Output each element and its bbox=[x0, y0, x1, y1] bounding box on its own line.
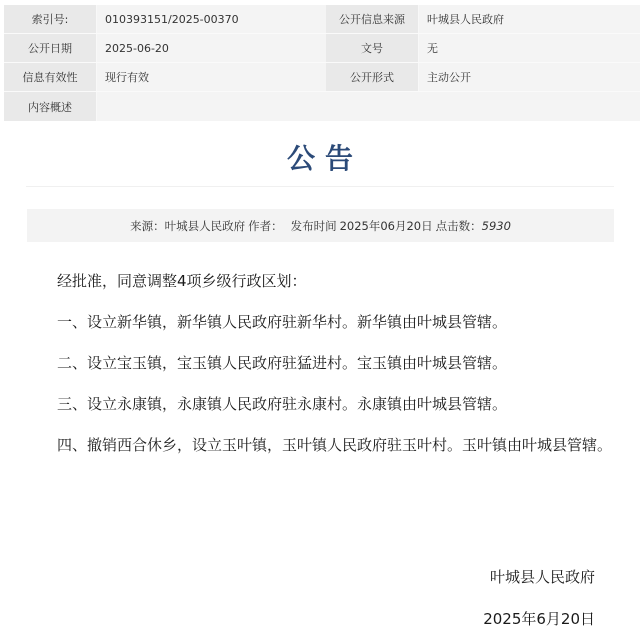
publish-time-value: 2025年06月20日 bbox=[340, 218, 433, 234]
info-source-value: 叶城县人民政府 bbox=[419, 5, 640, 33]
paragraph-intro: 经批准，同意调整4项乡级行政区划： bbox=[25, 270, 620, 292]
publish-date-label: 公开日期 bbox=[4, 34, 97, 62]
signature-date: 2025年6月20日 bbox=[483, 608, 595, 629]
publish-time-label: 发布时间 bbox=[291, 218, 337, 234]
meta-row-summary: 内容概述 bbox=[4, 92, 640, 121]
meta-row: 信息有效性 现行有效 公开形式 主动公开 bbox=[4, 63, 640, 92]
summary-value bbox=[97, 92, 640, 121]
index-number-label: 索引号: bbox=[4, 5, 97, 33]
validity-label: 信息有效性 bbox=[4, 63, 97, 91]
document-number-value: 无 bbox=[419, 34, 640, 62]
article-body: 经批准，同意调整4项乡级行政区划： 一、设立新华镇，新华镇人民政府驻新华村。新华… bbox=[25, 270, 620, 475]
index-number-value: 010393151/2025-00370 bbox=[97, 5, 322, 33]
page: 索引号: 010393151/2025-00370 公开信息来源 叶城县人民政府… bbox=[0, 0, 640, 636]
click-count-label: 点击数： bbox=[436, 218, 482, 234]
document-number-label: 文号 bbox=[326, 34, 419, 62]
article-title: 公告 bbox=[0, 137, 640, 177]
click-count-value: 5930 bbox=[482, 219, 511, 233]
disclosure-form-value: 主动公开 bbox=[419, 63, 640, 91]
meta-row: 公开日期 2025-06-20 文号 无 bbox=[4, 34, 640, 63]
meta-row: 索引号: 010393151/2025-00370 公开信息来源 叶城县人民政府 bbox=[4, 5, 640, 34]
paragraph-item-2: 二、设立宝玉镇，宝玉镇人民政府驻猛进村。宝玉镇由叶城县管辖。 bbox=[25, 352, 620, 374]
disclosure-form-label: 公开形式 bbox=[326, 63, 419, 91]
paragraph-item-1: 一、设立新华镇，新华镇人民政府驻新华村。新华镇由叶城县管辖。 bbox=[25, 311, 620, 333]
summary-label: 内容概述 bbox=[4, 92, 97, 121]
paragraph-item-3: 三、设立永康镇，永康镇人民政府驻永康村。永康镇由叶城县管辖。 bbox=[25, 393, 620, 415]
signature-organization: 叶城县人民政府 bbox=[490, 566, 595, 587]
info-source-label: 公开信息来源 bbox=[326, 5, 419, 33]
validity-value: 现行有效 bbox=[97, 63, 322, 91]
publish-date-value: 2025-06-20 bbox=[97, 34, 322, 62]
article-info-bar: 来源：叶城县人民政府 作者： 发布时间 2025年06月20日 点击数：5930 bbox=[27, 209, 614, 242]
metadata-table: 索引号: 010393151/2025-00370 公开信息来源 叶城县人民政府… bbox=[4, 5, 640, 121]
source-value: 叶城县人民政府 bbox=[165, 218, 246, 234]
author-label: 作者： bbox=[248, 218, 283, 234]
source-label: 来源： bbox=[130, 218, 165, 234]
title-divider bbox=[26, 186, 614, 187]
paragraph-item-4: 四、撤销西合休乡，设立玉叶镇，玉叶镇人民政府驻玉叶村。玉叶镇由叶城县管辖。 bbox=[25, 434, 620, 456]
